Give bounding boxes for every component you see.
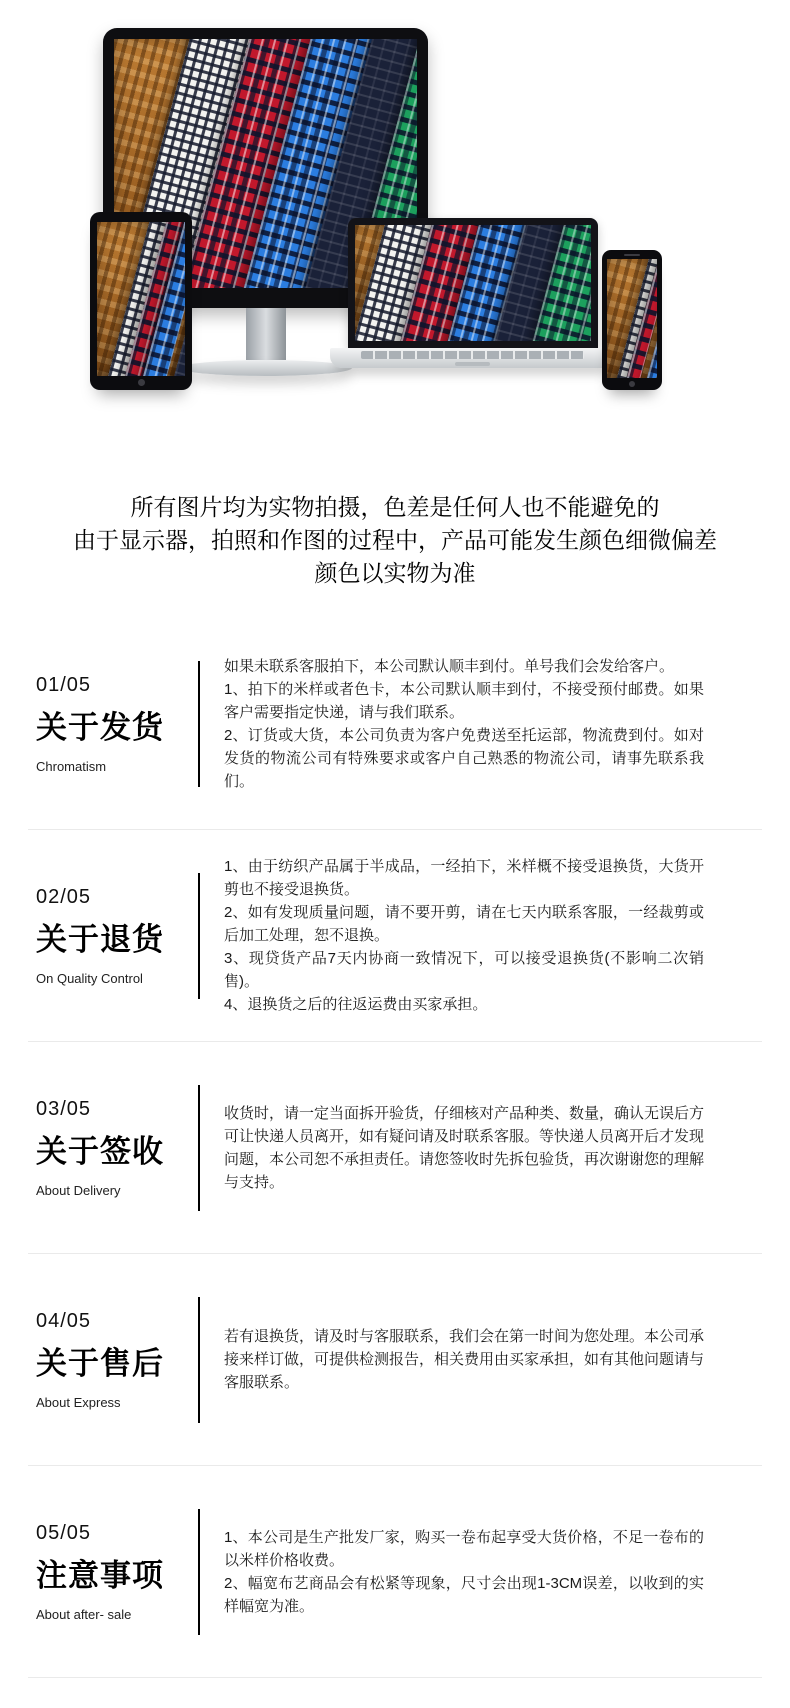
policy-sections: 01/05 关于发货 Chromatism 如果未联系客服拍下，本公司默认顺丰到… xyxy=(0,618,790,1708)
section-shipping: 01/05 关于发货 Chromatism 如果未联系客服拍下，本公司默认顺丰到… xyxy=(0,618,790,829)
section-title: 关于发货 xyxy=(36,702,182,747)
monitor-base xyxy=(180,360,352,376)
tablet-home-button xyxy=(138,379,145,386)
color-difference-notice: 所有图片均为实物拍摄，色差是任何人也不能避免的 由于显示器，拍照和作图的过程中，… xyxy=(20,491,770,590)
section-notes: 05/05 注意事项 About after- sale 1、本公司是生产批发厂… xyxy=(0,1466,790,1677)
laptop-keyboard-deck xyxy=(330,348,615,368)
section-body: 收货时，请一定当面拆开验货，仔细核对产品种类、数量，确认无误后方可让快递人员离开… xyxy=(224,1102,760,1194)
notice-line: 由于显示器，拍照和作图的过程中，产品可能发生颜色细微偏差 xyxy=(20,524,770,557)
fabric-photo xyxy=(355,225,591,341)
section-subtitle: About Express xyxy=(36,1395,182,1410)
laptop-trackpad xyxy=(455,362,489,366)
section-number: 02/05 xyxy=(36,886,182,909)
vertical-divider xyxy=(198,1509,200,1635)
section-body: 1、由于纺织产品属于半成品，一经拍下，米样概不接受退换货，大货开剪也不接受退换货… xyxy=(224,855,760,1016)
section-body: 1、本公司是生产批发厂家，购买一卷布起享受大货价格，不足一卷布的以米样价格收费。… xyxy=(224,1526,760,1618)
bottom-spacer xyxy=(0,1678,790,1708)
vertical-divider xyxy=(198,1297,200,1423)
vertical-divider xyxy=(198,1085,200,1211)
tablet xyxy=(90,212,192,390)
section-header: 03/05 关于签收 About Delivery xyxy=(30,1098,182,1198)
section-body: 若有退换货，请及时与客服联系，我们会在第一时间为您处理。本公司承接来样订做，可提… xyxy=(224,1325,760,1394)
section-number: 05/05 xyxy=(36,1522,182,1545)
section-aftersale: 04/05 关于售后 About Express 若有退换货，请及时与客服联系，… xyxy=(0,1254,790,1465)
vertical-divider xyxy=(198,661,200,787)
section-title: 关于签收 xyxy=(36,1126,182,1171)
section-receiving: 03/05 关于签收 About Delivery 收货时，请一定当面拆开验货，… xyxy=(0,1042,790,1253)
product-description-page: 所有图片均为实物拍摄，色差是任何人也不能避免的 由于显示器，拍照和作图的过程中，… xyxy=(0,0,790,1708)
smartphone xyxy=(602,250,662,390)
vertical-divider xyxy=(198,873,200,999)
section-header: 01/05 关于发货 Chromatism xyxy=(30,674,182,774)
section-subtitle: On Quality Control xyxy=(36,971,182,986)
section-header: 02/05 关于退货 On Quality Control xyxy=(30,886,182,986)
fabric-photo xyxy=(607,259,657,378)
phone-speaker xyxy=(624,254,640,256)
section-returns: 02/05 关于退货 On Quality Control 1、由于纺织产品属于… xyxy=(0,830,790,1041)
laptop xyxy=(330,218,615,368)
laptop-keyboard xyxy=(361,351,583,359)
section-subtitle: About Delivery xyxy=(36,1183,182,1198)
monitor-stand xyxy=(246,308,286,360)
section-header: 04/05 关于售后 About Express xyxy=(30,1310,182,1410)
section-body: 如果未联系客服拍下，本公司默认顺丰到付。单号我们会发给客户。 1、拍下的米样或者… xyxy=(224,655,760,793)
section-number: 01/05 xyxy=(36,674,182,697)
section-title: 关于售后 xyxy=(36,1338,182,1383)
fabric-photo xyxy=(97,222,185,376)
section-number: 04/05 xyxy=(36,1310,182,1333)
notice-line: 颜色以实物为准 xyxy=(20,557,770,590)
section-number: 03/05 xyxy=(36,1098,182,1121)
notice-line: 所有图片均为实物拍摄，色差是任何人也不能避免的 xyxy=(20,491,770,524)
section-subtitle: About after- sale xyxy=(36,1607,182,1622)
hero-device-mockup xyxy=(0,0,790,425)
phone-home-button xyxy=(629,381,635,387)
section-subtitle: Chromatism xyxy=(36,759,182,774)
section-title: 关于退货 xyxy=(36,914,182,959)
section-header: 05/05 注意事项 About after- sale xyxy=(30,1522,182,1622)
section-title: 注意事项 xyxy=(36,1550,182,1595)
laptop-bezel xyxy=(348,218,598,348)
